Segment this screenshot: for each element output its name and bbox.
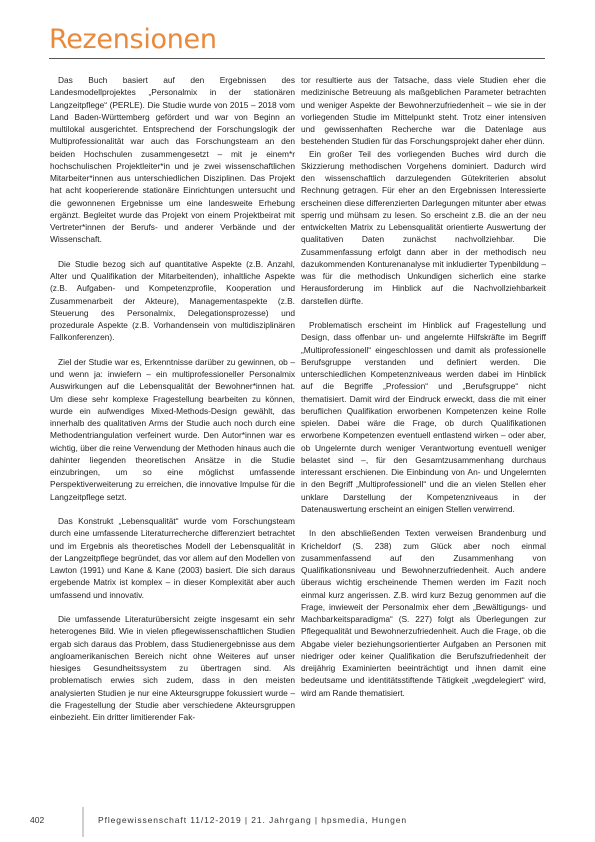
paragraph: tor resultierte aus der Tatsache, dass v… [301,74,546,148]
title-divider [49,58,545,59]
page-number: 402 [30,815,44,825]
paragraph: Das Buch basiert auf den Ergebnissen des… [50,74,295,246]
paragraph: In den abschließenden Texten verweisen B… [301,527,546,699]
paragraph: Die Studie bezog sich auf quantitative A… [50,258,295,344]
page-footer: 402 Pflegewissenschaft 11/12-2019 | 21. … [0,812,595,842]
right-column: tor resultierte aus der Tatsache, dass v… [301,74,546,711]
section-title: Rezensionen [49,24,217,56]
paragraph: Problematisch erscheint im Hinblick auf … [301,319,546,515]
publication-info: Pflegewissenschaft 11/12-2019 | 21. Jahr… [98,815,407,825]
footer-divider [82,807,84,837]
paragraph: Das Konstrukt „Lebensqualität“ wurde vom… [50,515,295,601]
left-column: Das Buch basiert auf den Ergebnissen des… [50,74,295,736]
paragraph: Ein großer Teil des vorliegenden Buches … [301,148,546,307]
paragraph: Ziel der Studie war es, Erkenntnisse dar… [50,356,295,503]
paragraph: Die umfassende Literaturübersicht zeigte… [50,613,295,723]
